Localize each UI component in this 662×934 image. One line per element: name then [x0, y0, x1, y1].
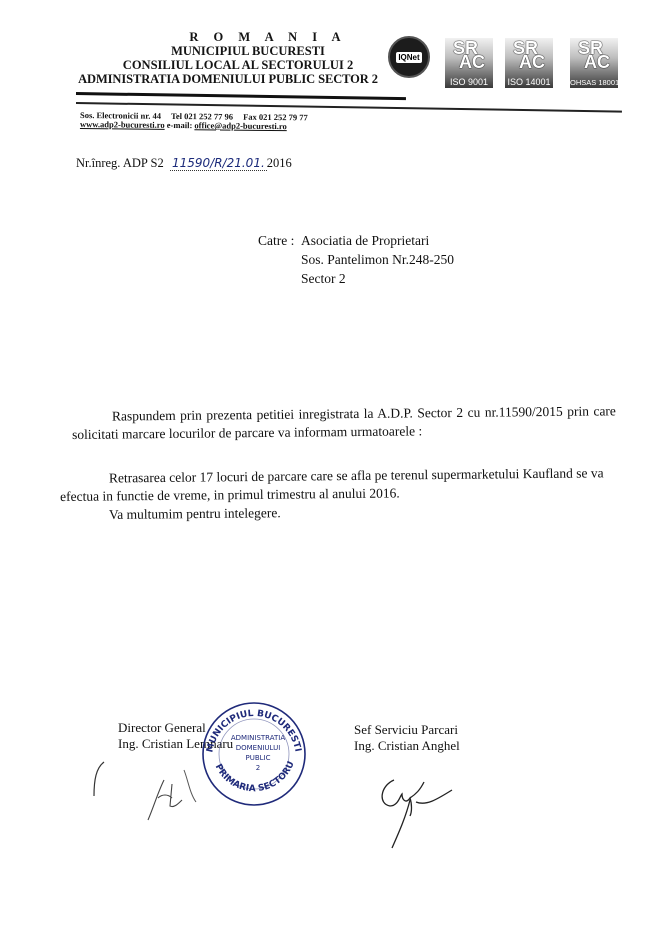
right-signature-icon [360, 760, 480, 860]
body-paragraph-3: Va multumim pentru intelegere. [109, 504, 281, 523]
official-stamp-icon: MUNICIPIUL BUCURESTI • PRIMARIA SECTORUL… [200, 700, 308, 808]
registration-year: 2016 [267, 156, 292, 170]
badge-label: ISO 14001 [505, 77, 553, 87]
svg-text:ADMINISTRATIA: ADMINISTRATIA [231, 734, 285, 742]
paragraph-1-text: Raspundem prin prezenta petitiei inregis… [72, 403, 616, 441]
iqnet-certification-logo: IQNet [388, 36, 430, 78]
badge-ac-text: AC [584, 52, 610, 73]
header-municipality: MUNICIPIUL BUCURESTI [128, 44, 368, 59]
svg-text:DOMENIULUI: DOMENIULUI [236, 744, 281, 752]
header-country: R O M A N I A [168, 30, 368, 45]
badge-ac-text: AC [519, 52, 545, 73]
recipient-sector: Sector 2 [301, 269, 346, 288]
header-council: CONSILIUL LOCAL AL SECTORULUI 2 [88, 58, 388, 73]
body-paragraph-2: Retrasarea celor 17 locuri de parcare ca… [60, 464, 620, 505]
registration-number: Nr.înreg. ADP S2 11590/R/21.01.2016 [76, 156, 292, 171]
srac-iso14001-badge: SR AC ISO 14001 [505, 38, 553, 88]
body-paragraph-1: Raspundem prin prezenta petitiei inregis… [72, 402, 616, 443]
iqnet-label: IQNet [396, 52, 421, 63]
recipient-label: Catre : [258, 231, 294, 250]
signatory-right-name: Ing. Cristian Anghel [354, 738, 460, 754]
contact-line-web: www.adp2-bucuresti.ro e-mail: office@adp… [80, 119, 287, 131]
registration-handwritten-number: 11590/R/21.01. [170, 156, 267, 171]
paragraph-2-text: Retrasarea celor 17 locuri de parcare ca… [60, 465, 604, 503]
srac-iso9001-badge: SR AC ISO 9001 [445, 38, 493, 88]
badge-label: ISO 9001 [445, 77, 493, 87]
header-administration: ADMINISTRATIA DOMENIULUI PUBLIC SECTOR 2 [63, 72, 393, 87]
email-link[interactable]: office@adp2-bucuresti.ro [194, 120, 286, 131]
badge-ac-text: AC [459, 52, 485, 73]
signatory-left-title: Director General [118, 720, 206, 736]
svg-text:2: 2 [256, 764, 260, 772]
recipient-name: Asociatia de Proprietari [301, 231, 429, 250]
email-label: e-mail: [167, 120, 193, 130]
left-signature-icon [88, 750, 208, 840]
website-link[interactable]: www.adp2-bucuresti.ro [80, 119, 165, 130]
srac-ohsas18001-badge: SR AC OHSAS 18001 [570, 38, 618, 88]
registration-label: Nr.înreg. ADP S2 [76, 156, 164, 170]
svg-text:PUBLIC: PUBLIC [246, 754, 271, 762]
badge-label: OHSAS 18001 [570, 78, 618, 87]
signatory-right-title: Sef Serviciu Parcari [354, 722, 458, 738]
recipient-address: Sos. Pantelimon Nr.248-250 [301, 250, 454, 269]
header-divider-top [76, 92, 406, 100]
